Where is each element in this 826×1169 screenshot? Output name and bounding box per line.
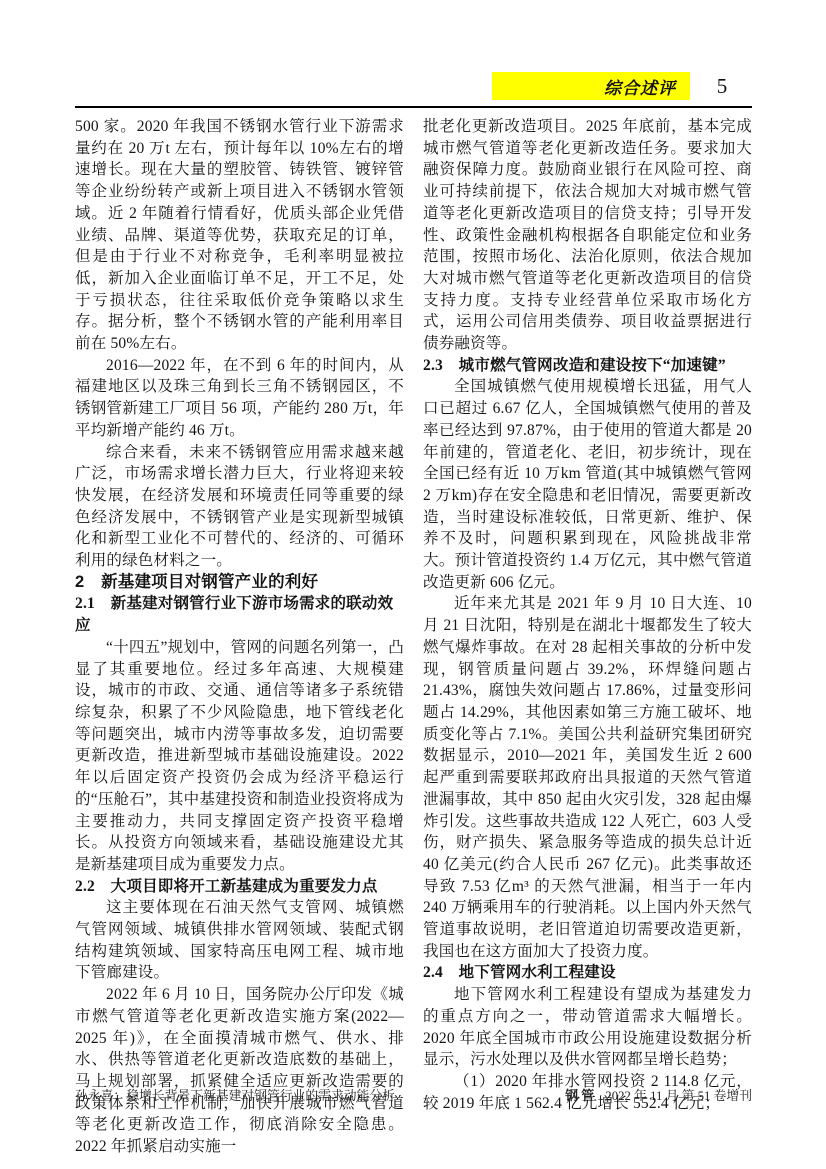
subsection-heading: 2.2 大项目即将开工新基建成为重要发力点 (75, 876, 404, 898)
subsection-heading: 2.1 新基建对钢管行业下游市场需求的联动效应 (75, 593, 404, 636)
paragraph: 2016—2022 年，在不到 6 年的时间内，从福建地区以及珠三角到长三角不锈… (75, 355, 404, 442)
footer-issue-info: 2022 年 11 月 第 51 卷增刊 (605, 1089, 752, 1103)
journal-page: 综合述评 5 500 家。2020 年我国不锈钢水管行业下游需求量约在 20 万… (0, 0, 826, 1169)
page-number: 5 (692, 72, 752, 100)
paragraph: 批老化更新改造项目。2025 年底前，基本完成城市燃气管道等老化更新改造任务。要… (423, 116, 752, 355)
footer-journal-info: 钢 管 2022 年 11 月 第 51 卷增刊 (565, 1085, 752, 1104)
footer-journal-name: 钢 管 (565, 1089, 594, 1103)
section-heading: 2 新基建项目对钢管产业的利好 (75, 572, 404, 594)
paragraph: “十四五”规划中，管网的问题名列第一，凸显了其重要地位。经过多年高速、大规模建设… (75, 637, 404, 876)
header-rule (75, 106, 752, 108)
paragraph: 全国城镇燃气使用规模增长迅猛，用气人口已超过 6.67 亿人，全国城镇燃气使用的… (423, 376, 752, 593)
left-column: 500 家。2020 年我国不锈钢水管行业下游需求量约在 20 万t 左右，预计… (75, 116, 404, 1158)
section-label: 综合述评 (604, 74, 676, 99)
right-column: 批老化更新改造项目。2025 年底前，基本完成城市燃气管道等老化更新改造任务。要… (423, 116, 752, 1114)
paragraph: 500 家。2020 年我国不锈钢水管行业下游需求量约在 20 万t 左右，预计… (75, 116, 404, 355)
page-footer: 孙永喜：稳增长背景下新基建对钢管行业的需求动能分析 钢 管 2022 年 11 … (75, 1085, 752, 1104)
paragraph: 近年来尤其是 2021 年 9 月 10 日大连、10 月 21 日沈阳，特别是… (423, 593, 752, 962)
section-badge: 综合述评 (492, 72, 690, 100)
paragraph: 这主要体现在石油天然气支管网、城镇燃气管网领域、城镇供排水管网领域、装配式钢结构… (75, 897, 404, 984)
footer-article-info: 孙永喜：稳增长背景下新基建对钢管行业的需求动能分析 (75, 1085, 395, 1104)
subsection-heading: 2.4 地下管网水利工程建设 (423, 962, 752, 984)
paragraph: 2022 年 6 月 10 日，国务院办公厅印发《城市燃气管道等老化更新改造实施… (75, 984, 404, 1158)
subsection-heading: 2.3 城市燃气管网改造和建设按下“加速键” (423, 355, 752, 377)
paragraph: 综合来看，未来不锈钢管应用需求越来越广泛，市场需求增长潜力巨大，行业将迎来较快发… (75, 442, 404, 572)
paragraph: 地下管网水利工程建设有望成为基建发力的重点方向之一，带动管道需求大幅增长。202… (423, 984, 752, 1071)
